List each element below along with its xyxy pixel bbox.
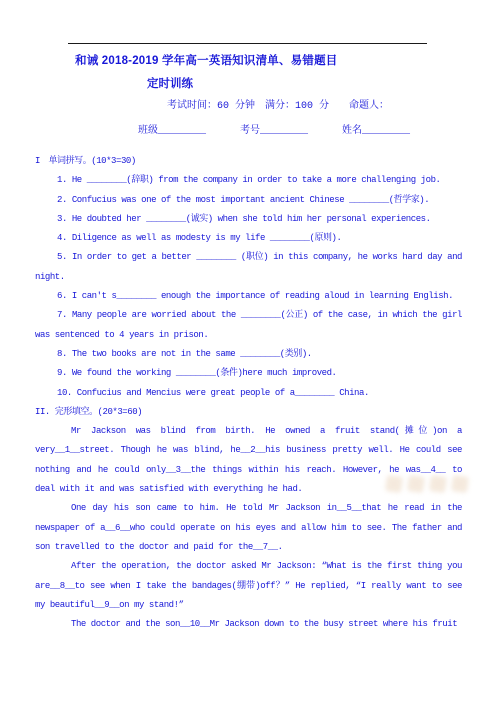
exam-paper-page: 和诫 2018-2019 学年高一英语知识清单、易错题目 定时训练 考试时间：6… <box>0 0 496 702</box>
word-spelling-item: 6. I can't s________ enough the importan… <box>35 287 462 306</box>
word-spelling-item: 5. In order to get a better ________ (职位… <box>35 248 462 287</box>
word-spelling-item: 7. Many people are worried about the ___… <box>35 306 462 345</box>
word-spelling-item: 1. He ________(辞职) from the company in o… <box>35 171 462 190</box>
cloze-paragraph: The doctor and the son__10__Mr Jackson d… <box>35 615 462 634</box>
cloze-paragraph: Mr Jackson was blind from birth. He owne… <box>35 422 462 499</box>
cloze-paragraph: After the operation, the doctor asked Mr… <box>35 557 462 615</box>
section-1-heading: I 单词拼写。(10*3=30) <box>35 152 462 171</box>
word-spelling-item: 3. He doubted her ________(诚实) when she … <box>35 210 462 229</box>
word-spelling-item: 10. Confucius and Mencius were great peo… <box>35 384 462 403</box>
word-spelling-item: 4. Diligence as well as modesty is my li… <box>35 229 462 248</box>
word-spelling-item: 8. The two books are not in the same ___… <box>35 345 462 364</box>
section-1-items: 1. He ________(辞职) from the company in o… <box>35 171 462 403</box>
exam-info-line: 考试时间：60 分钟 满分：100 分 命题人： <box>167 96 389 112</box>
word-spelling-item: 2. Confucius was one of the most importa… <box>35 191 462 210</box>
word-spelling-item: 9. We found the working ________(条件)here… <box>35 364 462 383</box>
paper-title: 和诫 2018-2019 学年高一英语知识清单、易错题目 <box>75 52 337 68</box>
paper-subtitle: 定时训练 <box>147 75 193 91</box>
section-2-heading: II. 完形填空。(20*3=60) <box>35 403 462 422</box>
student-info-fields: 班级________ 考号________ 姓名________ <box>138 121 410 137</box>
class-field: 班级________ <box>138 121 206 137</box>
exam-number-field: 考号________ <box>240 121 308 137</box>
section-2-paragraphs: Mr Jackson was blind from birth. He owne… <box>35 422 462 634</box>
name-field: 姓名________ <box>342 121 410 137</box>
header-divider <box>68 43 427 44</box>
cloze-paragraph: One day his son came to him. He told Mr … <box>35 499 462 557</box>
paper-body: I 单词拼写。(10*3=30) 1. He ________(辞职) from… <box>35 152 462 634</box>
